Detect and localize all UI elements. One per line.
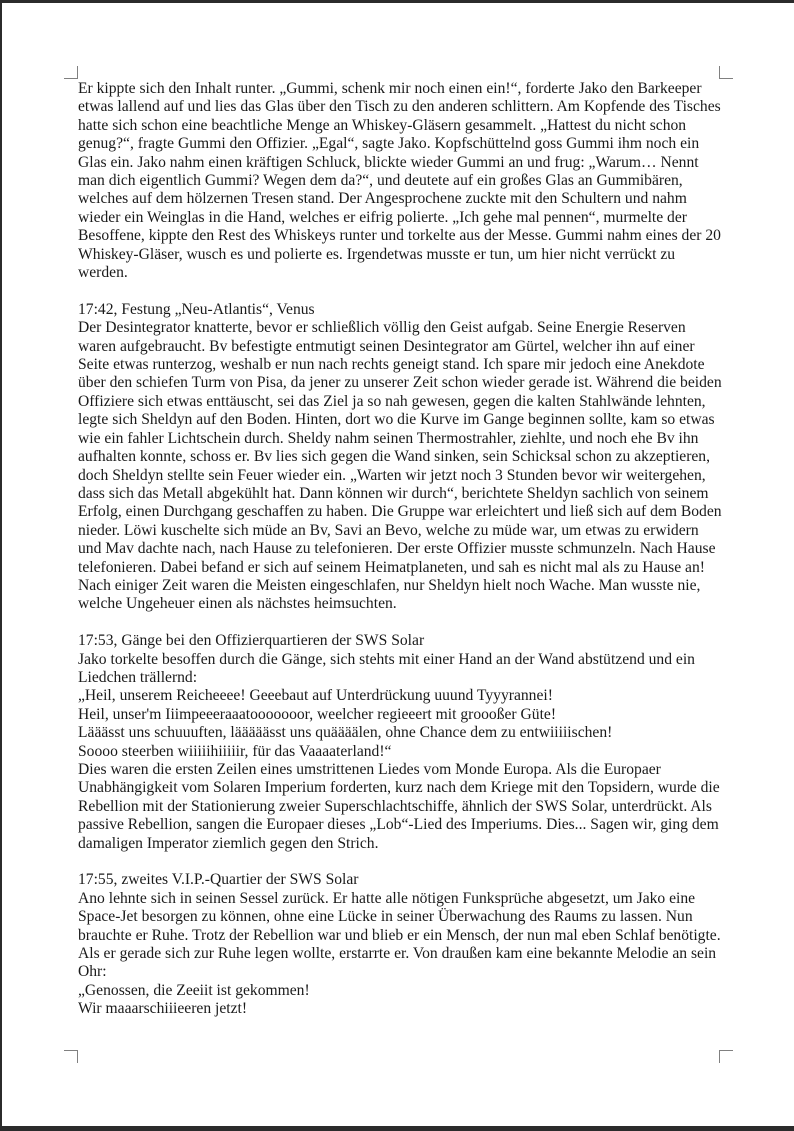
song-line: Wir maaarschiiieeren jetzt!: [78, 1000, 724, 1018]
song-line: „Heil, unserem Reicheeee! Geeebaut auf U…: [78, 687, 724, 705]
margin-corner-mark-bottom-right: [719, 1050, 733, 1063]
song-line: Lääässt uns schuuuften, lääääässt uns qu…: [78, 724, 724, 742]
margin-corner-mark-top-left: [64, 66, 78, 79]
song-line: „Genossen, die Zeeiit ist gekommen!: [78, 982, 724, 1000]
margin-corner-mark-top-right: [719, 66, 733, 79]
paragraph: Nach einiger Zeit waren die Meisten eing…: [78, 577, 724, 614]
section-heading: 17:53, Gänge bei den Offizierquartieren …: [78, 632, 724, 650]
margin-corner-mark-bottom-left: [64, 1050, 78, 1063]
empty-line: [78, 614, 724, 632]
paragraph: Jako torkelte besoffen durch die Gänge, …: [78, 651, 724, 688]
paragraph: Er kippte sich den Inhalt runter. „Gummi…: [78, 80, 724, 282]
empty-line: [78, 282, 724, 300]
paragraph: Dies waren die ersten Zeilen eines umstr…: [78, 761, 724, 853]
paragraph: Ano lehnte sich in seinen Sessel zurück.…: [78, 890, 724, 982]
section-heading: 17:55, zweites V.I.P.-Quartier der SWS S…: [78, 871, 724, 889]
paragraph: Der Desintegrator knatterte, bevor er sc…: [78, 319, 724, 577]
document-page: Er kippte sich den Inhalt runter. „Gummi…: [2, 3, 794, 1126]
song-line: Soooo steerben wiiiiihiiiiir, für das Va…: [78, 743, 724, 761]
empty-line: [78, 853, 724, 871]
section-heading: 17:42, Festung „Neu-Atlantis“, Venus: [78, 301, 724, 319]
document-body[interactable]: Er kippte sich den Inhalt runter. „Gummi…: [78, 80, 724, 1019]
song-line: Heil, unser'm Iiimpeeeraaatooooooor, wee…: [78, 706, 724, 724]
